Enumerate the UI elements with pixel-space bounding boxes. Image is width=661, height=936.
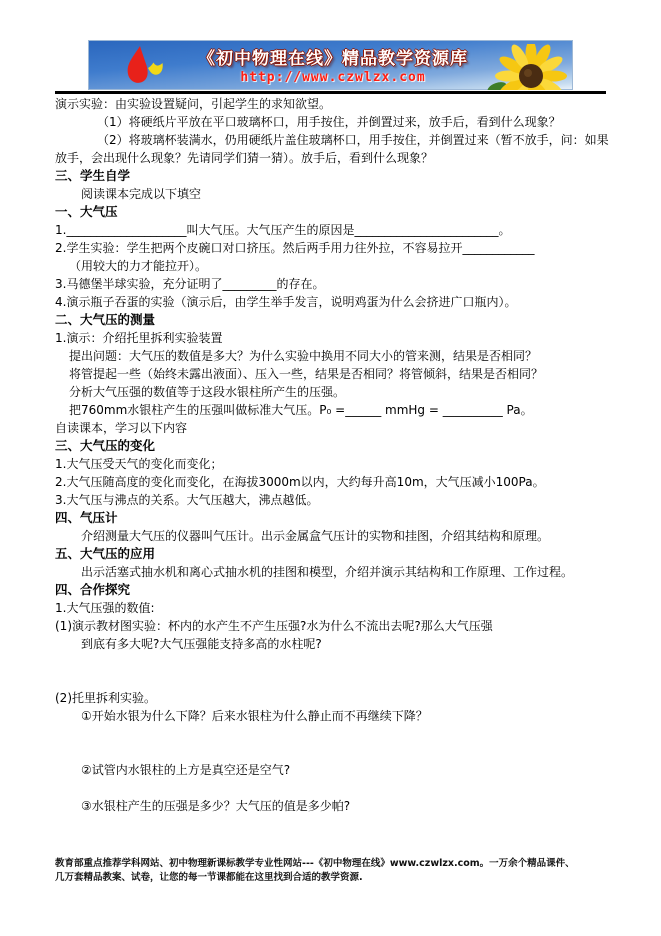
doc-line: 3.大气压与沸点的关系。大气压越大，沸点越低。	[55, 491, 615, 509]
doc-line: 将管提起一些（始终未露出液面）、压入一些，结果是否相同？将管倾斜，结果是否相同？	[55, 365, 615, 383]
blank-space	[55, 779, 615, 797]
doc-line: 3.马德堡半球实验，充分证明了_________的存在。	[55, 275, 615, 293]
doc-line: 1.____________________叫大气压。大气压产生的原因是____…	[55, 221, 615, 239]
doc-line: 出示活塞式抽水机和离心式抽水机的挂图和模型，介绍并演示其结构和工作原理、工作过程…	[55, 563, 615, 581]
site-url-link[interactable]: http://www.czwlzx.com	[183, 70, 483, 85]
footer-line: 几万套精品教案、试卷，让您的每一节课都能在这里找到合适的教学资源.	[55, 871, 615, 885]
doc-line: 阅读课本完成以下填空	[55, 185, 615, 203]
doc-line: 2.学生实验：学生把两个皮碗口对口挤压。然后两手用力往外拉，不容易拉开_____…	[55, 239, 615, 257]
doc-line: 到底有多大呢?大气压强能支持多高的水柱呢?	[55, 635, 615, 653]
site-title: 《初中物理在线》精品教学资源库	[183, 44, 483, 69]
section-heading: 二、大气压的测量	[55, 311, 615, 329]
header-divider	[55, 91, 606, 94]
doc-line: 自读课本，学习以下内容	[55, 419, 615, 437]
doc-line: 1.大气压受天气的变化而变化；	[55, 455, 615, 473]
doc-line: 分析大气压强的数值等于这段水银柱所产生的压强。	[55, 383, 615, 401]
footer: 教育部重点推荐学科网站、初中物理新课标教学专业性网站---《初中物理在线》www…	[55, 857, 615, 885]
doc-line: 介绍测量大气压的仪器叫气压计。出示金属盒气压计的实物和挂图，介绍其结构和原理。	[55, 527, 615, 545]
doc-line: 2.大气压随高度的变化而变化，在海拔3000m以内，大约每升高10m，大气压减小…	[55, 473, 615, 491]
section-heading: 一、大气压	[55, 203, 615, 221]
doc-line: ①开始水银为什么下降？后来水银柱为什么静止而不再继续下降？	[55, 707, 615, 725]
site-banner: 《初中物理在线》精品教学资源库 http://www.czwlzx.com	[88, 40, 573, 90]
blank-space	[55, 725, 615, 761]
doc-line: 4.演示瓶子吞蛋的实验（演示后，由学生举手发言，说明鸡蛋为什么会挤进广口瓶内）。	[55, 293, 615, 311]
doc-line: 1.演示：介绍托里拆利实验装置	[55, 329, 615, 347]
doc-line: 放手，会出现什么现象？先请同学们猜一猜）。放手后，看到什么现象？	[55, 149, 615, 167]
doc-line: (2)托里拆利实验。	[55, 689, 615, 707]
site-logo-icon	[116, 45, 168, 87]
section-heading: 四、气压计	[55, 509, 615, 527]
section-heading: 四、合作探究	[55, 581, 615, 599]
sunflower-icon	[479, 44, 571, 90]
doc-line: 演示实验：由实验设置疑问，引起学生的求知欲望。	[55, 95, 615, 113]
footer-line: 教育部重点推荐学科网站、初中物理新课标教学专业性网站---《初中物理在线》www…	[55, 857, 615, 871]
doc-line: ②试管内水银柱的上方是真空还是空气?	[55, 761, 615, 779]
blank-space	[55, 653, 615, 689]
doc-line: (1)演示教材图实验：杯内的水产生不产生压强?水为什么不流出去呢?那么大气压强	[55, 617, 615, 635]
section-heading: 三、学生自学	[55, 167, 615, 185]
section-heading: 五、大气压的应用	[55, 545, 615, 563]
doc-line: 1.大气压强的数值:	[55, 599, 615, 617]
doc-line: （2）将玻璃杯装满水，仍用硬纸片盖住玻璃杯口，用手按住，并倒置过来（暂不放手，问…	[55, 131, 615, 149]
doc-line: （用较大的力才能拉开）。	[55, 257, 615, 275]
doc-line: ③水银柱产生的压强是多少？大气压的值是多少帕?	[55, 797, 615, 815]
doc-line: 提出问题：大气压的数值是多大？为什么实验中换用不同大小的管来测，结果是否相同？	[55, 347, 615, 365]
section-heading: 三、大气压的变化	[55, 437, 615, 455]
document-body: 演示实验：由实验设置疑问，引起学生的求知欲望。（1）将硬纸片平放在平口玻璃杯口，…	[55, 95, 615, 815]
doc-line: 把760mm水银柱产生的压强叫做标准大气压。P₀ =______ mmHg = …	[55, 401, 615, 419]
doc-line: （1）将硬纸片平放在平口玻璃杯口，用手按住，并倒置过来，放手后，看到什么现象？	[55, 113, 615, 131]
banner-text-block: 《初中物理在线》精品教学资源库 http://www.czwlzx.com	[183, 44, 483, 85]
page: 《初中物理在线》精品教学资源库 http://www.czwlzx.com	[0, 0, 661, 936]
